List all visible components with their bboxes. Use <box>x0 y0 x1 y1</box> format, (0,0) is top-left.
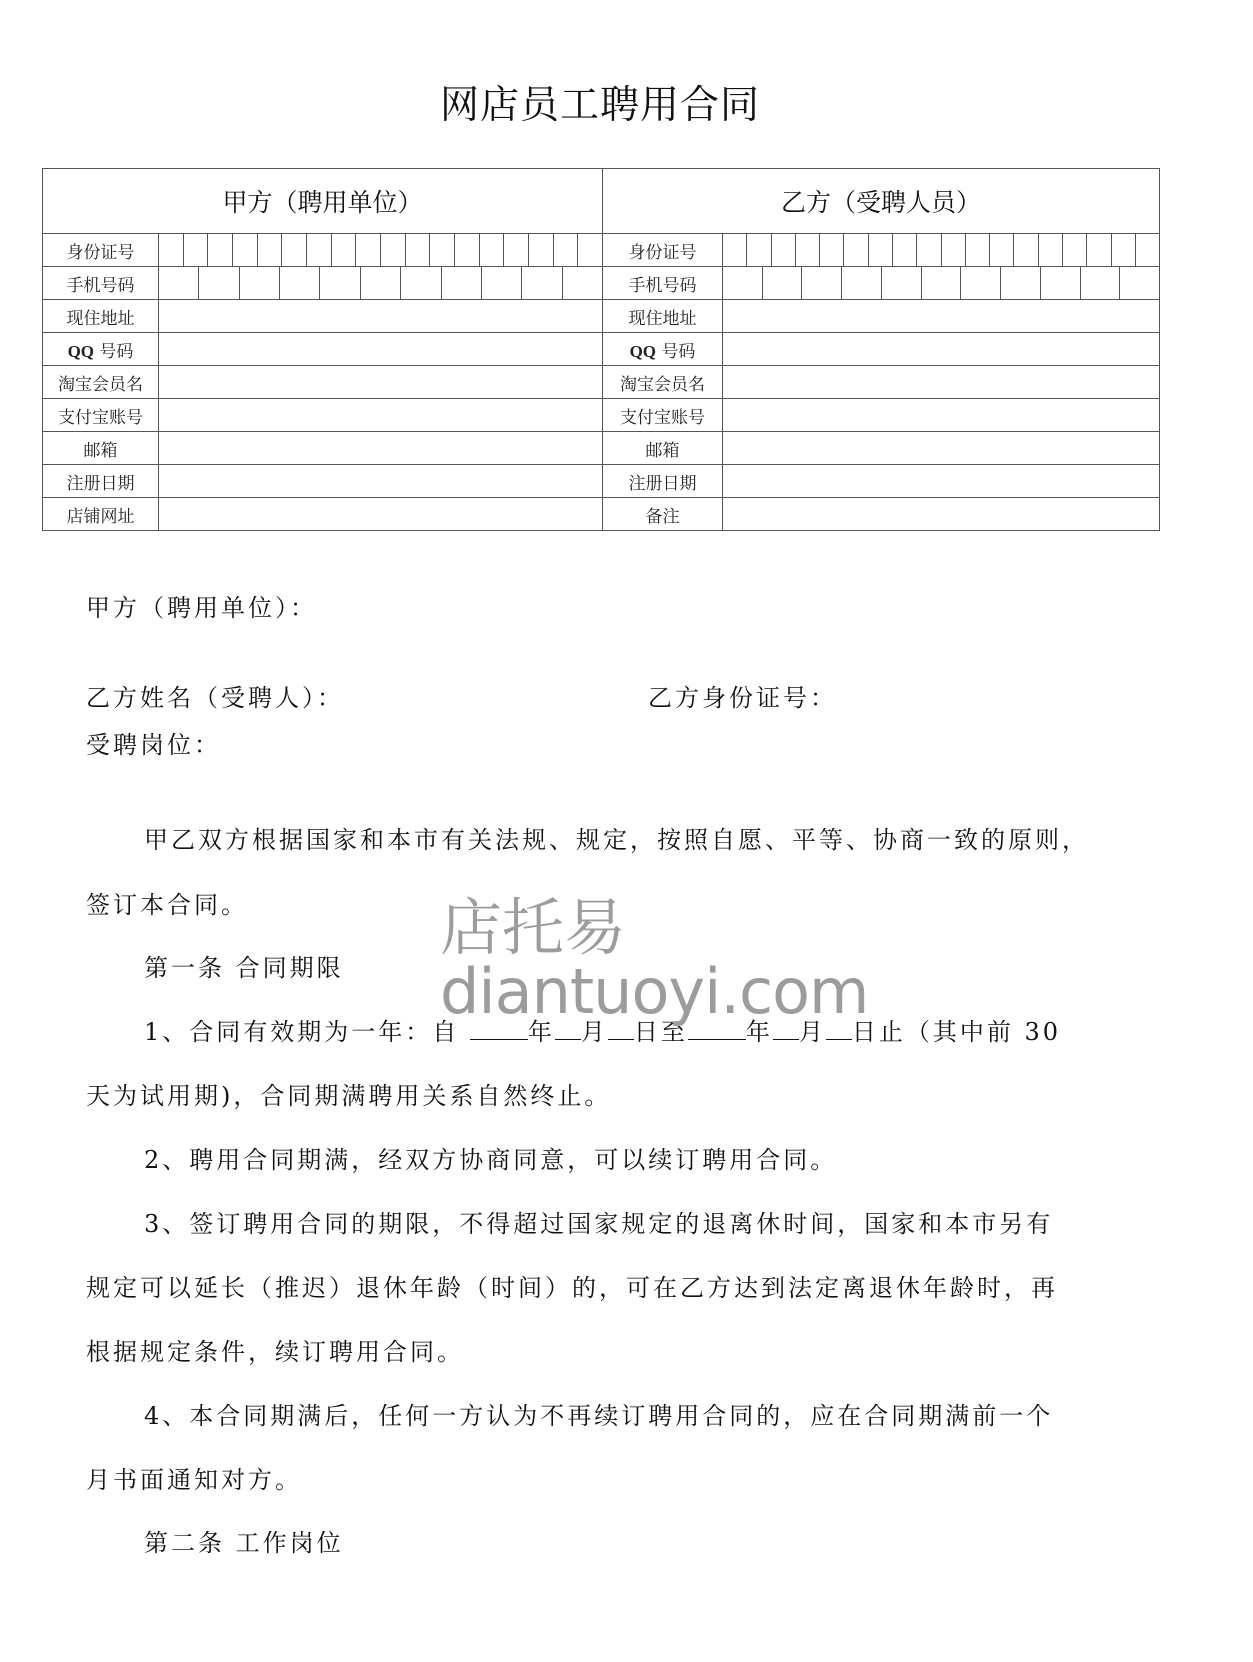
party_a-value-8[interactable] <box>159 498 603 531</box>
party_a-value-1[interactable] <box>159 267 603 300</box>
digit-box[interactable] <box>522 267 562 299</box>
party_b-value-6[interactable] <box>723 432 1160 465</box>
digit-box[interactable] <box>361 267 401 299</box>
digit-box[interactable] <box>529 234 554 266</box>
party_a-label-5: 支付宝账号 <box>43 399 159 432</box>
digit-box[interactable] <box>842 267 882 299</box>
party_a-value-5[interactable] <box>159 399 603 432</box>
end-day-blank[interactable] <box>826 1017 852 1040</box>
party_b-value-0[interactable] <box>723 234 1160 267</box>
party_a-label-2: 现住地址 <box>43 300 159 333</box>
party_a-label-7: 注册日期 <box>43 465 159 498</box>
qq-bold-label: QQ <box>630 342 656 361</box>
party_b-label-6: 邮箱 <box>603 432 723 465</box>
clause3-line2: 规定可以延长（推迟）退休年龄（时间）的，可在乙方达到法定离退休年龄时，再 <box>86 1268 1058 1303</box>
party_a-value-3[interactable] <box>159 333 603 366</box>
party_a-label-8: 店铺网址 <box>43 498 159 531</box>
digit-box[interactable] <box>869 234 893 266</box>
clause1-end: 日止（其中前 30 <box>852 1018 1061 1046</box>
digit-box[interactable] <box>282 234 307 266</box>
digit-box[interactable] <box>961 267 1001 299</box>
digit-box[interactable] <box>307 234 332 266</box>
phone-digit-boxes <box>723 267 1159 299</box>
party_a-value-4[interactable] <box>159 366 603 399</box>
start-month-blank[interactable] <box>555 1017 581 1040</box>
position-field-label: 受聘岗位： <box>86 725 221 760</box>
party_b-label-0: 身份证号 <box>603 234 723 267</box>
digit-box[interactable] <box>1001 267 1041 299</box>
table-row: 邮箱邮箱 <box>43 432 1160 465</box>
digit-box[interactable] <box>882 267 922 299</box>
start-day-blank[interactable] <box>608 1017 634 1040</box>
digit-box[interactable] <box>406 234 431 266</box>
party_b-label-8: 备注 <box>603 498 723 531</box>
digit-box[interactable] <box>1136 234 1159 266</box>
table-row: QQ 号码QQ 号码 <box>43 333 1160 366</box>
digit-box[interactable] <box>1087 234 1111 266</box>
clause3-line3: 根据规定条件，续订聘用合同。 <box>86 1332 464 1367</box>
digit-box[interactable] <box>208 234 233 266</box>
article1-title: 第一条 合同期限 <box>144 948 344 983</box>
start-year-blank[interactable] <box>470 1017 528 1040</box>
clause1-prefix: 1、合同有效期为一年：自 <box>144 1018 470 1046</box>
table-row: 身份证号身份证号 <box>43 234 1160 267</box>
party_b-label-1: 手机号码 <box>603 267 723 300</box>
clause3-line1: 3、签订聘用合同的期限，不得超过国家规定的退离休时间，国家和本市另有 <box>144 1204 1053 1239</box>
digit-box[interactable] <box>942 234 966 266</box>
digit-box[interactable] <box>258 234 283 266</box>
party_b-value-2[interactable] <box>723 300 1160 333</box>
qq-label-suffix: 号码 <box>99 342 133 362</box>
digit-box[interactable] <box>442 267 482 299</box>
digit-box[interactable] <box>430 234 455 266</box>
party_a-label-3: QQ 号码 <box>43 333 159 366</box>
digit-box[interactable] <box>1081 267 1121 299</box>
watermark-cn: 店托易 <box>440 878 626 967</box>
digit-box[interactable] <box>504 234 529 266</box>
table-row: 淘宝会员名淘宝会员名 <box>43 366 1160 399</box>
digit-box[interactable] <box>1041 267 1081 299</box>
month-label: 月 <box>581 1018 608 1046</box>
digit-box[interactable] <box>480 234 505 266</box>
digit-box[interactable] <box>1063 234 1087 266</box>
digit-box[interactable] <box>240 267 280 299</box>
digit-box[interactable] <box>796 234 820 266</box>
digit-box[interactable] <box>844 234 868 266</box>
party_b-label-7: 注册日期 <box>603 465 723 498</box>
qq-label-suffix: 号码 <box>661 342 695 362</box>
digit-box[interactable] <box>917 234 941 266</box>
table-row: 手机号码手机号码 <box>43 267 1160 300</box>
digit-box[interactable] <box>332 234 357 266</box>
party_a-value-7[interactable] <box>159 465 603 498</box>
clause4-line2: 月书面通知对方。 <box>86 1460 302 1495</box>
qq-bold-label: QQ <box>68 342 94 361</box>
party_b-value-1[interactable] <box>723 267 1160 300</box>
party-a-field-label: 甲方（聘用单位）： <box>86 588 317 623</box>
party_b-value-8[interactable] <box>723 498 1160 531</box>
table-row: 注册日期注册日期 <box>43 465 1160 498</box>
party-b-header: 乙方（受聘人员） <box>603 169 1160 234</box>
digit-box[interactable] <box>747 234 771 266</box>
document-title: 网店员工聘用合同 <box>0 74 1200 130</box>
party_a-label-0: 身份证号 <box>43 234 159 267</box>
digit-box[interactable] <box>922 267 962 299</box>
digit-box[interactable] <box>802 267 842 299</box>
digit-box[interactable] <box>772 234 796 266</box>
party_a-label-4: 淘宝会员名 <box>43 366 159 399</box>
day-to-label: 日至 <box>634 1018 688 1046</box>
clause1-line2: 天为试用期)，合同期满聘用关系自然终止。 <box>86 1076 611 1111</box>
party_a-value-2[interactable] <box>159 300 603 333</box>
intro-paragraph-line1: 甲乙双方根据国家和本市有关法规、规定，按照自愿、平等、协商一致的原则， <box>144 820 1089 855</box>
digit-box[interactable] <box>893 234 917 266</box>
article2-title: 第二条 工作岗位 <box>144 1523 344 1558</box>
party_a-value-0[interactable] <box>159 234 603 267</box>
digit-box[interactable] <box>578 234 602 266</box>
party-info-table: 甲方（聘用单位） 乙方（受聘人员） 身份证号身份证号手机号码手机号码现住地址现住… <box>42 168 1160 531</box>
party_a-label-6: 邮箱 <box>43 432 159 465</box>
table-row: 店铺网址备注 <box>43 498 1160 531</box>
party-a-header: 甲方（聘用单位） <box>43 169 603 234</box>
digit-box[interactable] <box>820 234 844 266</box>
party_b-value-7[interactable] <box>723 465 1160 498</box>
digit-box[interactable] <box>563 267 602 299</box>
digit-box[interactable] <box>356 234 381 266</box>
digit-box[interactable] <box>401 267 441 299</box>
digit-box[interactable] <box>280 267 320 299</box>
phone-digit-boxes <box>159 267 602 299</box>
year-label-2: 年 <box>746 1018 773 1046</box>
party_a-label-1: 手机号码 <box>43 267 159 300</box>
digit-box[interactable] <box>990 234 1014 266</box>
clause2: 2、聘用合同期满，经双方协商同意，可以续订聘用合同。 <box>144 1140 837 1175</box>
clause4-line1: 4、本合同期满后，任何一方认为不再续订聘用合同的，应在合同期满前一个 <box>144 1396 1053 1431</box>
party_b-value-3[interactable] <box>723 333 1160 366</box>
party_b-value-5[interactable] <box>723 399 1160 432</box>
digit-box[interactable] <box>482 267 522 299</box>
digit-box[interactable] <box>199 267 239 299</box>
digit-box[interactable] <box>554 234 579 266</box>
digit-box[interactable] <box>966 234 990 266</box>
digit-box[interactable] <box>233 234 258 266</box>
year-label: 年 <box>528 1018 555 1046</box>
table-row: 现住地址现住地址 <box>43 300 1160 333</box>
id-digit-boxes <box>159 234 602 266</box>
digit-box[interactable] <box>763 267 803 299</box>
digit-box[interactable] <box>723 267 763 299</box>
digit-box[interactable] <box>159 234 184 266</box>
party_b-value-4[interactable] <box>723 366 1160 399</box>
digit-box[interactable] <box>455 234 480 266</box>
end-month-blank[interactable] <box>773 1017 799 1040</box>
id-digit-boxes <box>723 234 1159 266</box>
party-b-name-field-label: 乙方姓名（受聘人）： <box>86 678 344 713</box>
party_b-label-4: 淘宝会员名 <box>603 366 723 399</box>
digit-box[interactable] <box>381 234 406 266</box>
party-b-id-field-label: 乙方身份证号： <box>648 678 837 713</box>
clause1-line1: 1、合同有效期为一年：自 年月日至年月日止（其中前 30 <box>144 1012 1061 1047</box>
digit-box[interactable] <box>159 267 199 299</box>
table-header-row: 甲方（聘用单位） 乙方（受聘人员） <box>43 169 1160 234</box>
digit-box[interactable] <box>184 234 209 266</box>
intro-paragraph-line2: 签订本合同。 <box>86 885 248 920</box>
month-label-2: 月 <box>799 1018 826 1046</box>
party_b-label-3: QQ 号码 <box>603 333 723 366</box>
digit-box[interactable] <box>723 234 747 266</box>
digit-box[interactable] <box>1120 267 1159 299</box>
party_b-label-2: 现住地址 <box>603 300 723 333</box>
party_a-value-6[interactable] <box>159 432 603 465</box>
digit-box[interactable] <box>1039 234 1063 266</box>
digit-box[interactable] <box>1112 234 1136 266</box>
table-row: 支付宝账号支付宝账号 <box>43 399 1160 432</box>
end-year-blank[interactable] <box>688 1017 746 1040</box>
digit-box[interactable] <box>320 267 360 299</box>
party_b-label-5: 支付宝账号 <box>603 399 723 432</box>
digit-box[interactable] <box>1014 234 1038 266</box>
